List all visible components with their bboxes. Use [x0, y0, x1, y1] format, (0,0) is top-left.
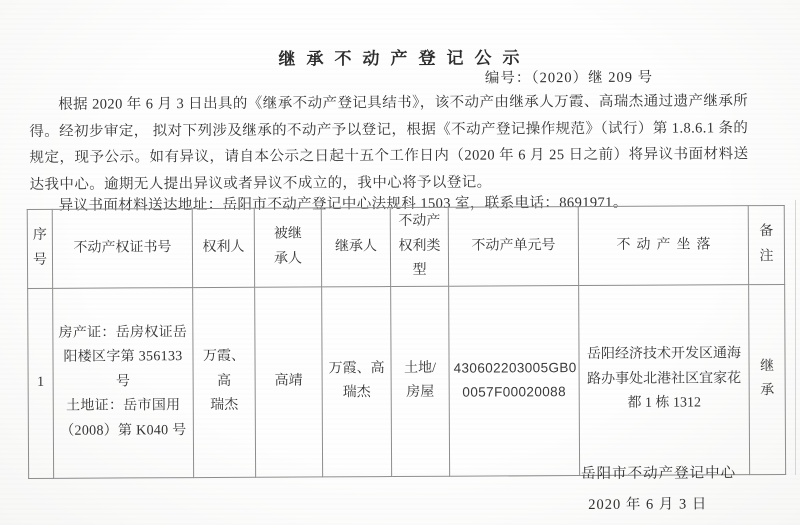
- document-sheet: 继承不动产登记公示 编号：（2020）继 209 号 根据 2020 年 6 月…: [0, 0, 800, 525]
- cell-heir: 万霞、高 瑞杰: [322, 286, 392, 476]
- cell-holder: 万霞、高 瑞杰: [193, 287, 256, 477]
- col-header-decedent: 被继 承人: [254, 208, 321, 287]
- cell-unit-no: 430602203005GB0 0057F00020088: [449, 285, 580, 476]
- issue-date: 2020 年 6 月 3 日: [588, 492, 707, 514]
- col-header-location: 不动产坐落: [578, 206, 748, 285]
- cell-cert-no: 房产证：岳房权证岳 阳楼区字第 356133 号 土地证：岳市国用 （2008）…: [53, 287, 194, 478]
- col-header-heir: 继承人: [321, 208, 390, 287]
- scan-edge-artifact: [795, 200, 796, 475]
- cell-seq: 1: [28, 288, 54, 478]
- cell-decedent: 高靖: [255, 286, 323, 476]
- registration-table: 序 号 不动产权证书号 权利人 被继 承人 继承人 不动产 权利类 型 不动产单…: [27, 205, 786, 478]
- col-header-cert-no: 不动产权证书号: [52, 209, 192, 288]
- col-header-seq: 序 号: [27, 209, 52, 288]
- cell-right-type: 土地/ 房屋: [391, 286, 450, 476]
- issuer-name: 岳阳市不动产登记中心: [581, 461, 736, 483]
- scanned-notice-document: { "colors": { "paper": "#fdfdfd", "ink":…: [0, 0, 800, 525]
- table-header-row: 序 号 不动产权证书号 权利人 被继 承人 继承人 不动产 权利类 型 不动产单…: [27, 205, 784, 287]
- table-row: 1 房产证：岳房权证岳 阳楼区字第 356133 号 土地证：岳市国用 （200…: [28, 284, 786, 478]
- cell-location: 岳阳经济技术开发区通海 路办事处北港社区宜家花 都 1 栋 1312: [579, 284, 750, 475]
- col-header-note: 备 注: [748, 205, 784, 284]
- col-header-holder: 权利人: [192, 208, 254, 287]
- notice-body-paragraph: 根据 2020 年 6 月 3 日出具的《继承不动产登记具结书》，该不动产由继承…: [29, 88, 749, 198]
- cell-note: 继 承: [749, 284, 786, 474]
- doc-number: 编号：（2020）继 209 号: [485, 66, 653, 88]
- col-header-unit-no: 不动产单元号: [448, 207, 578, 286]
- col-header-right-type: 不动产 权利类 型: [390, 207, 448, 286]
- page-title: 继承不动产登记公示: [0, 42, 799, 71]
